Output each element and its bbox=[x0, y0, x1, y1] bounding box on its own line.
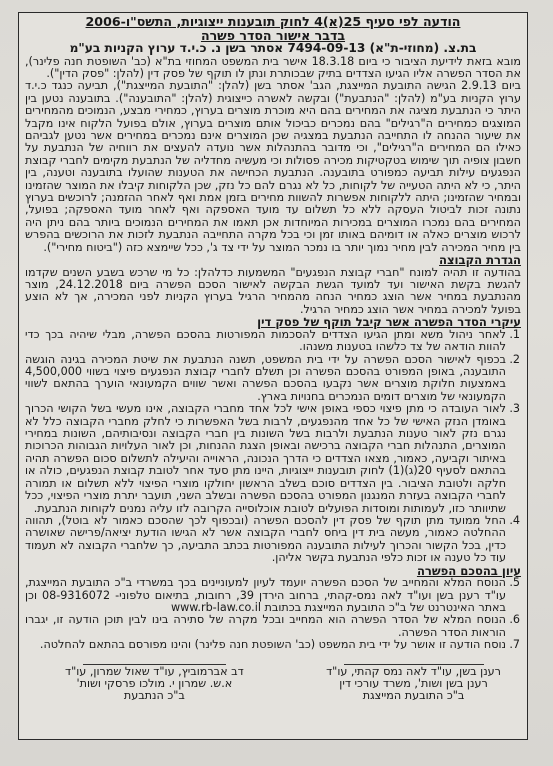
newspaper-page: הודעה לפי סעיף 25(א)4 לחוק תובענות ייצוג… bbox=[0, 0, 553, 766]
list-item: 7. נוסח הודעה זו אושר על ידי בית המשפט (… bbox=[25, 639, 506, 651]
item-text: החל ממועד מתן תוקף של פסק דין להסכם הפשר… bbox=[25, 514, 506, 564]
defendant-counsel-signature: דב אברמוביץ, עו"ד שאול שמרון, עו"ד א.ש. … bbox=[65, 664, 244, 703]
background-paragraph: ביום 2.9.13 הגישה התובעת המייצגת, הגב' א… bbox=[25, 80, 521, 254]
item-text: לאור העובדה כי מתן פיצוי כספי באופן אישי… bbox=[25, 402, 506, 514]
group-definition-heading: הגדרת הקבוצה bbox=[25, 254, 521, 267]
item-text: הנוסח המלא והמחייב של הסכם הפשרה יועמד ל… bbox=[25, 576, 506, 614]
item-text: נוסח הודעה זו אושר על ידי בית המשפט (כב'… bbox=[40, 638, 506, 651]
intro-paragraph: מובא בזאת לידיעת הציבור כי ביום 18.3.18 … bbox=[25, 56, 521, 81]
group-definition-text: בהודעה זו תהיה למונח "חברי קבוצת הנפגעים… bbox=[25, 267, 521, 317]
website-link[interactable]: www.rb-law.co.il bbox=[171, 601, 261, 614]
notice-subtitle: בדבר אישור הסדר פשרה bbox=[25, 29, 521, 43]
list-item: 4. החל ממועד מתן תוקף של פסק דין להסכם ה… bbox=[25, 515, 506, 565]
signature-role: ב"כ התובעת המייצגת bbox=[326, 690, 501, 702]
legal-notice: הודעה לפי סעיף 25(א)4 לחוק תובענות ייצוג… bbox=[18, 12, 528, 740]
notice-title: הודעה לפי סעיף 25(א)4 לחוק תובענות ייצוג… bbox=[25, 15, 521, 29]
list-item: 6. הנוסח המלא של הסדר הפשרה הוא המחייב ו… bbox=[25, 614, 506, 639]
item-text: בכפוף לאישור הסכם הפשרה על ידי בית המשפט… bbox=[25, 353, 506, 403]
item-text: לאחר ניהול משא ומתן הגיעו הצדדים להסכמות… bbox=[25, 328, 506, 353]
settlement-terms-list: 1. לאחר ניהול משא ומתן הגיעו הצדדים להסכ… bbox=[25, 329, 521, 565]
list-item: 2. בכפוף לאישור הסכם הפשרה על ידי בית המ… bbox=[25, 354, 506, 404]
item-number: 7. bbox=[509, 639, 520, 651]
item-number: 3. bbox=[509, 403, 520, 415]
item-number: 1. bbox=[509, 329, 520, 341]
item-number: 6. bbox=[509, 614, 520, 626]
item-number: 4. bbox=[509, 515, 520, 527]
item-number: 2. bbox=[509, 354, 520, 366]
review-list: 5. הנוסח המלא והמחייב של הסכם הפשרה יועמ… bbox=[25, 577, 521, 651]
signature-role: ב"כ הנתבעת bbox=[65, 690, 244, 702]
list-item: 5. הנוסח המלא והמחייב של הסכם הפשרה יועמ… bbox=[25, 577, 506, 614]
signatures: רענן בשן, עו"ד לאה נמס קהתי, עו"ד רענן ב… bbox=[25, 664, 521, 703]
signature-line bbox=[83, 664, 226, 665]
item-number: 5. bbox=[509, 577, 520, 589]
item-text: הנוסח המלא של הסדר הפשרה הוא המחייב ובכל… bbox=[25, 613, 506, 638]
list-item: 3. לאור העובדה כי מתן פיצוי כספי באופן א… bbox=[25, 403, 506, 515]
case-number: בת.צ. (מחוזי-ת"א) 7494-09-13 אסתר בשן נ.… bbox=[25, 42, 521, 56]
signature-line bbox=[344, 664, 484, 665]
list-item: 1. לאחר ניהול משא ומתן הגיעו הצדדים להסכ… bbox=[25, 329, 506, 354]
plaintiff-counsel-signature: רענן בשן, עו"ד לאה נמס קהתי, עו"ד רענן ב… bbox=[326, 664, 501, 703]
